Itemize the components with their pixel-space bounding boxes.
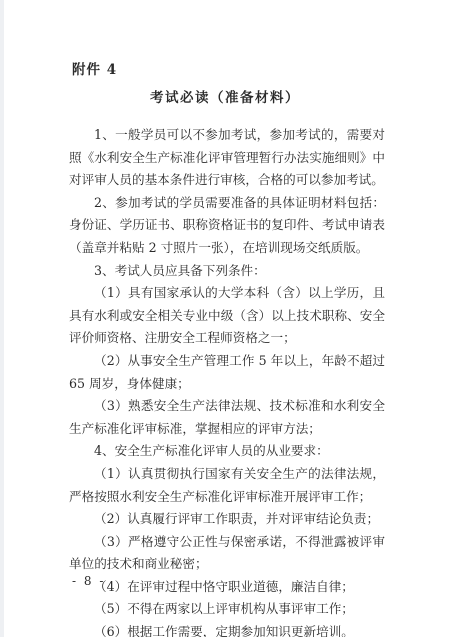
requirement-4: （4）在评审过程中恪守职业道德，廉洁自律； bbox=[69, 576, 385, 599]
document-title: 考试必读（准备材料） bbox=[0, 86, 450, 106]
paragraph-2: 2、参加考试的学员需要准备的具体证明材料包括：身份证、学历证书、职称资格证书的复… bbox=[69, 192, 385, 260]
requirement-6: （6）根据工作需要，定期参加知识更新培训。 bbox=[69, 621, 385, 637]
condition-2: （2）从事安全生产管理工作 5 年以上，年龄不超过 65 周岁，身体健康； bbox=[69, 350, 385, 395]
condition-1: （1）具有国家承认的大学本科（含）以上学历，且具有水利或安全相关专业中级（含）以… bbox=[69, 282, 385, 350]
paragraph-3: 3、考试人员应具备下列条件： bbox=[69, 260, 385, 283]
page-number: - 8 - bbox=[72, 574, 105, 588]
paragraph-1: 1、一般学员可以不参加考试，参加考试的，需要对照《水利安全生产标准化评审管理暂行… bbox=[69, 124, 385, 192]
document-body: 1、一般学员可以不参加考试，参加考试的，需要对照《水利安全生产标准化评审管理暂行… bbox=[69, 124, 385, 637]
requirement-3: （3）严格遵守公正性与保密承诺，不得泄露被评审单位的技术和商业秘密； bbox=[69, 531, 385, 576]
attachment-label: 附件 4 bbox=[72, 58, 117, 78]
requirement-1: （1）认真贯彻执行国家有关安全生产的法律法规，严格按照水利安全生产标准化评审标准… bbox=[69, 463, 385, 508]
condition-3: （3）熟悉安全生产法律法规、技术标准和水利安全生产标准化评审标准，掌握相应的评审… bbox=[69, 395, 385, 440]
paragraph-4: 4、安全生产标准化评审人员的从业要求： bbox=[69, 440, 385, 463]
requirement-2: （2）认真履行评审工作职责，并对评审结论负责； bbox=[69, 508, 385, 531]
requirement-5: （5）不得在两家以上评审机构从事评审工作； bbox=[69, 598, 385, 621]
